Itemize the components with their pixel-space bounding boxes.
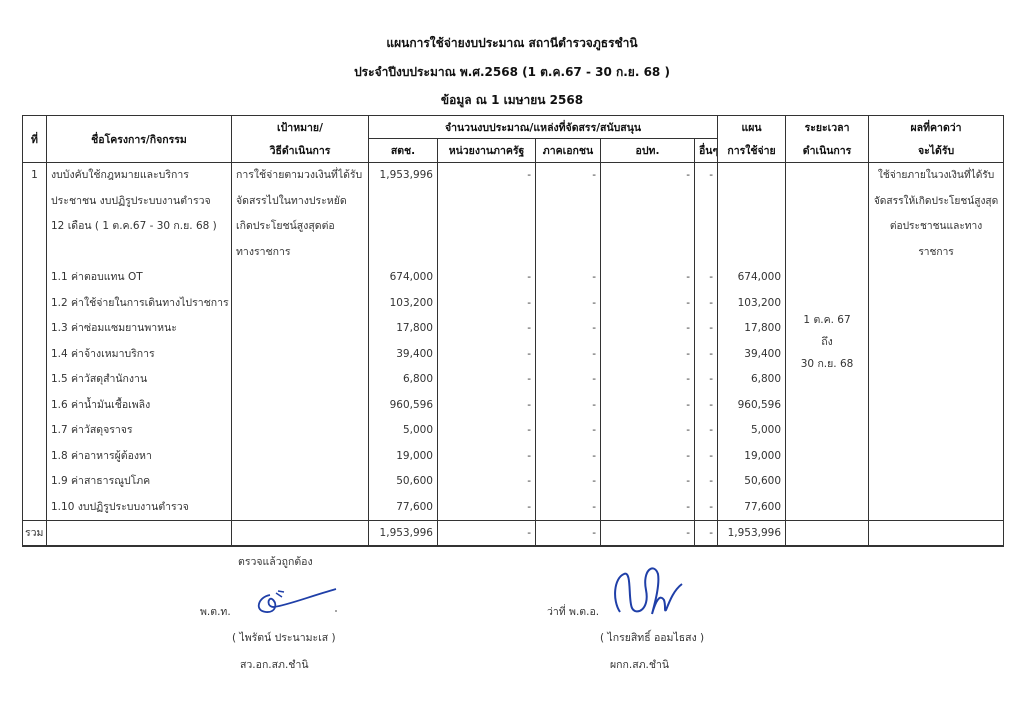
amount-police: 77,600 <box>369 495 438 521</box>
amount-police: 103,200 <box>369 291 438 317</box>
target-line: ทางราชการ <box>236 240 364 266</box>
amount-plan: 960,596 <box>718 393 786 419</box>
amount-local: - <box>601 444 695 470</box>
amount-other: - <box>695 469 718 495</box>
amount-private: - <box>536 393 601 419</box>
col-header-src-local: อปท. <box>601 139 695 163</box>
amount-other: - <box>695 367 718 393</box>
amount-private: - <box>536 418 601 444</box>
result-line: ใช้จ่ายภายในวงเงินที่ได้รับ <box>873 163 999 189</box>
amount-local: - <box>601 291 695 317</box>
row-no <box>23 316 47 342</box>
right-signature-icon <box>610 560 690 620</box>
col-header-project: ชื่อโครงการ/กิจกรรม <box>47 116 232 163</box>
col-header-target-line1: เป้าหมาย/ <box>232 116 369 139</box>
amount-plan: 39,400 <box>718 342 786 368</box>
amount-private: - <box>536 291 601 317</box>
target-method <box>232 393 369 419</box>
amount-gov: - <box>438 291 536 317</box>
target-method <box>232 316 369 342</box>
item-name: 1.8 ค่าอาหารผู้ต้องหา <box>47 444 232 470</box>
amount-local: - <box>601 393 695 419</box>
table-row-total: รวม1,953,996----1,953,996 <box>23 521 1004 547</box>
amount-police: 5,000 <box>369 418 438 444</box>
amount-gov: - <box>438 367 536 393</box>
amount-private: - <box>536 367 601 393</box>
project-name-line: 12 เดือน ( 1 ต.ค.67 - 30 ก.ย. 68 ) <box>51 214 227 240</box>
row-no <box>23 342 47 368</box>
total-local: - <box>601 521 695 547</box>
right-signer-rank: ว่าที่ พ.ต.อ. <box>547 603 599 620</box>
amount-gov: - <box>438 393 536 419</box>
amount-gov: - <box>438 265 536 291</box>
result-line: จัดสรรให้เกิดประโยชน์สูงสุด <box>873 189 999 215</box>
row-no <box>23 418 47 444</box>
amount-plan: 50,600 <box>718 469 786 495</box>
target-line: เกิดประโยชน์สูงสุดต่อ <box>236 214 364 240</box>
left-signer-rank: พ.ต.ท. <box>200 603 231 620</box>
amount-private: - <box>536 265 601 291</box>
amount-other: - <box>695 495 718 521</box>
amount-local: - <box>601 495 695 521</box>
item-name: 1.4 ค่าจ้างเหมาบริการ <box>47 342 232 368</box>
amount-local: - <box>601 316 695 342</box>
amount-gov: - <box>438 418 536 444</box>
amount-plan: 5,000 <box>718 418 786 444</box>
total-plan: 1,953,996 <box>718 521 786 547</box>
target-line: จัดสรรไปในทางประหยัด <box>236 189 364 215</box>
right-signer-position: ผกก.สภ.ชำนิ <box>610 656 669 673</box>
fiscal-year-subtitle: ประจำปีงบประมาณ พ.ศ.2568 (1 ต.ค.67 - 30 … <box>0 63 1024 82</box>
target-method: การใช้จ่ายตามวงเงินที่ได้รับ จัดสรรไปในท… <box>232 163 369 266</box>
row-no <box>23 495 47 521</box>
item-name: 1.2 ค่าใช้จ่ายในการเดินทางไปราชการ <box>47 291 232 317</box>
amount-other: - <box>695 342 718 368</box>
amount-gov: - <box>438 444 536 470</box>
target-method <box>232 444 369 470</box>
row-no <box>23 444 47 470</box>
total-target <box>232 521 369 547</box>
total-project <box>47 521 232 547</box>
item-name: 1.5 ค่าวัสดุสำนักงาน <box>47 367 232 393</box>
amount-other: - <box>695 316 718 342</box>
total-gov: - <box>438 521 536 547</box>
right-signer-name: ( ไกรยสิทธิ์ ออมไธสง ) <box>600 629 704 646</box>
col-header-src-police: สตช. <box>369 139 438 163</box>
row-no <box>23 469 47 495</box>
budget-plan-table: ที่ ชื่อโครงการ/กิจกรรม เป้าหมาย/ จำนวนง… <box>22 115 1004 547</box>
amount-gov: - <box>438 495 536 521</box>
col-header-src-private: ภาคเอกชน <box>536 139 601 163</box>
target-method <box>232 469 369 495</box>
col-header-plan-line2: การใช้จ่าย <box>718 139 786 163</box>
total-police: 1,953,996 <box>369 521 438 547</box>
period-end: 30 ก.ย. 68 <box>790 353 864 375</box>
target-method <box>232 265 369 291</box>
target-line: การใช้จ่ายตามวงเงินที่ได้รับ <box>236 163 364 189</box>
col-header-src-other: อื่นๆ <box>695 139 718 163</box>
amount-private: - <box>536 316 601 342</box>
amount-local: - <box>601 418 695 444</box>
amount-plan: 17,800 <box>718 316 786 342</box>
amount-local: - <box>601 163 695 266</box>
amount-police: 19,000 <box>369 444 438 470</box>
target-method <box>232 418 369 444</box>
amount-plan: 103,200 <box>718 291 786 317</box>
amount-local: - <box>601 342 695 368</box>
amount-plan: 77,600 <box>718 495 786 521</box>
total-result <box>869 521 1004 547</box>
col-header-src-gov: หน่วยงานภาครัฐ <box>438 139 536 163</box>
amount-gov: - <box>438 163 536 266</box>
amount-plan: 19,000 <box>718 444 786 470</box>
amount-plan <box>718 163 786 266</box>
data-as-of-date: ข้อมูล ณ 1 เมษายน 2568 <box>0 91 1024 110</box>
amount-other: - <box>695 444 718 470</box>
result-line: ต่อประชาชนและทางราชการ <box>873 214 999 265</box>
project-name: งบบังคับใช้กฎหมายและบริการ ประชาชน งบปฏิ… <box>47 163 232 266</box>
col-header-period-line1: ระยะเวลา <box>786 116 869 139</box>
item-name: 1.9 ค่าสาธารณูปโภค <box>47 469 232 495</box>
row-no <box>23 393 47 419</box>
col-header-period-line2: ดำเนินการ <box>786 139 869 163</box>
amount-local: - <box>601 265 695 291</box>
col-header-result-line2: จะได้รับ <box>869 139 1004 163</box>
target-method <box>232 495 369 521</box>
total-label: รวม <box>23 521 47 547</box>
amount-local: - <box>601 469 695 495</box>
item-name: 1.10 งบปฏิรูประบบงานตำรวจ <box>47 495 232 521</box>
amount-plan: 674,000 <box>718 265 786 291</box>
project-name-line: งบบังคับใช้กฎหมายและบริการ <box>51 163 227 189</box>
target-method <box>232 291 369 317</box>
table-row-main: 1 งบบังคับใช้กฎหมายและบริการ ประชาชน งบป… <box>23 163 1004 266</box>
amount-police: 960,596 <box>369 393 438 419</box>
item-name: 1.1 ค่าตอบแทน OT <box>47 265 232 291</box>
amount-private: - <box>536 469 601 495</box>
period-cell: 1 ต.ค. 67 ถึง 30 ก.ย. 68 <box>786 163 869 521</box>
total-period <box>786 521 869 547</box>
amount-gov: - <box>438 469 536 495</box>
row-no <box>23 367 47 393</box>
col-header-target-line2: วิธีดำเนินการ <box>232 139 369 163</box>
amount-private: - <box>536 163 601 266</box>
target-method <box>232 342 369 368</box>
amount-private: - <box>536 342 601 368</box>
amount-private: - <box>536 495 601 521</box>
document-title: แผนการใช้จ่ายงบประมาณ สถานีตำรวจภูธรชำนิ <box>0 34 1024 53</box>
left-signer-name: ( ไพรัตน์ ประนามะเส ) <box>232 629 336 646</box>
amount-gov: - <box>438 342 536 368</box>
expected-result: ใช้จ่ายภายในวงเงินที่ได้รับ จัดสรรให้เกิ… <box>869 163 1004 521</box>
row-no <box>23 291 47 317</box>
period-start: 1 ต.ค. 67 <box>790 309 864 331</box>
left-signer-position: สว.อก.สภ.ชำนิ <box>240 656 309 673</box>
amount-police: 50,600 <box>369 469 438 495</box>
amount-private: - <box>536 444 601 470</box>
amount-local: - <box>601 367 695 393</box>
amount-plan: 6,800 <box>718 367 786 393</box>
col-header-result-line1: ผลที่คาดว่า <box>869 116 1004 139</box>
col-header-no: ที่ <box>23 116 47 163</box>
total-other: - <box>695 521 718 547</box>
amount-gov: - <box>438 316 536 342</box>
amount-other: - <box>695 163 718 266</box>
col-header-budget-group: จำนวนงบประมาณ/แหล่งที่จัดสรร/สนับสนุน <box>369 116 718 139</box>
amount-police: 39,400 <box>369 342 438 368</box>
amount-police: 674,000 <box>369 265 438 291</box>
target-method <box>232 367 369 393</box>
amount-other: - <box>695 418 718 444</box>
verified-note: ตรวจแล้วถูกต้อง <box>238 553 313 570</box>
total-private: - <box>536 521 601 547</box>
row-no <box>23 265 47 291</box>
item-name: 1.6 ค่าน้ำมันเชื้อเพลิง <box>47 393 232 419</box>
col-header-plan-line1: แผน <box>718 116 786 139</box>
amount-police: 1,953,996 <box>369 163 438 266</box>
amount-other: - <box>695 393 718 419</box>
amount-police: 6,800 <box>369 367 438 393</box>
period-to: ถึง <box>790 331 864 353</box>
item-name: 1.3 ค่าซ่อมแซมยานพาหนะ <box>47 316 232 342</box>
amount-other: - <box>695 291 718 317</box>
left-signature-icon <box>248 585 348 625</box>
project-name-line: ประชาชน งบปฏิรูประบบงานตำรวจ <box>51 189 227 215</box>
item-name: 1.7 ค่าวัสดุจราจร <box>47 418 232 444</box>
amount-other: - <box>695 265 718 291</box>
amount-police: 17,800 <box>369 316 438 342</box>
row-no: 1 <box>23 163 47 266</box>
